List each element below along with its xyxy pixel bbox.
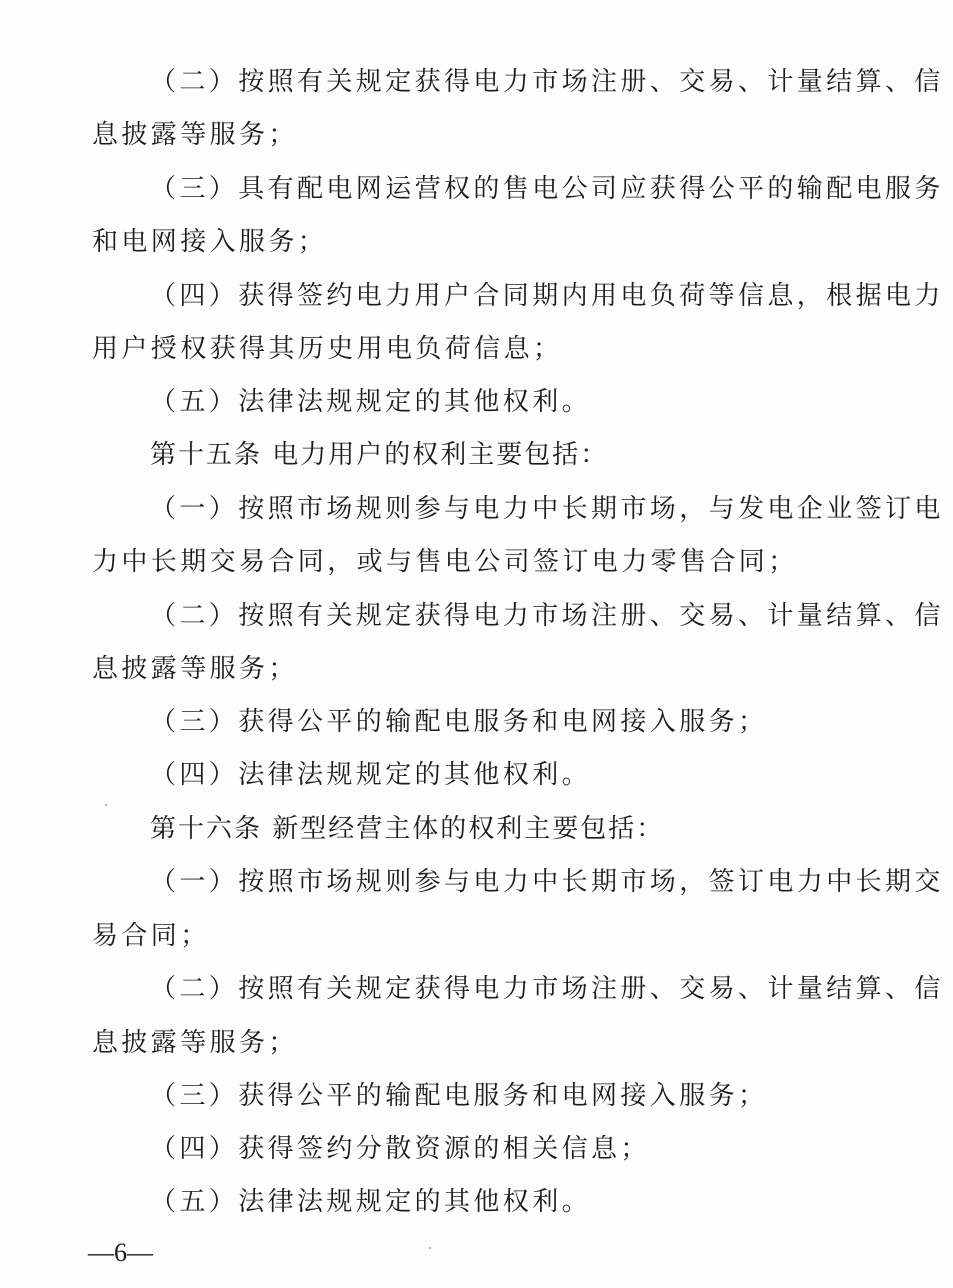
clause-line: （四）获得签约电力用户合同期内用电负荷等信息，根据电力: [150, 280, 944, 312]
clause-line: （五）法律法规规定的其他权利。: [150, 1186, 591, 1218]
clause-line: （二）按照有关规定获得电力市场注册、交易、计量结算、信: [150, 973, 944, 1005]
clause-line: （三）获得公平的输配电服务和电网接入服务；: [150, 1080, 767, 1112]
clause-line: 息披露等服务；: [92, 1027, 298, 1059]
article-heading: 第十六条 新型经营主体的权利主要包括：: [150, 813, 664, 845]
clause-line: （四）法律法规规定的其他权利。: [150, 759, 591, 791]
clause-line: 息披露等服务；: [92, 653, 298, 685]
clause-line: （四）获得签约分散资源的相关信息；: [150, 1133, 650, 1165]
article-heading: 第十五条 电力用户的权利主要包括：: [150, 439, 608, 471]
scan-speck: [429, 1247, 431, 1249]
clause-line: 息披露等服务；: [92, 119, 298, 151]
clause-line: 力中长期交易合同，或与售电公司签订电力零售合同；: [92, 546, 798, 578]
clause-line: （一）按照市场规则参与电力中长期市场，签订电力中长期交: [150, 866, 944, 898]
document-page: （二）按照有关规定获得电力市场注册、交易、计量结算、信 息披露等服务； （三）具…: [0, 0, 953, 1288]
clause-line: 用户授权获得其历史用电负荷信息；: [92, 333, 562, 365]
clause-line: （三）具有配电网运营权的售电公司应获得公平的输配电服务: [150, 173, 944, 205]
page-number: —6—: [88, 1238, 153, 1268]
clause-line: （二）按照有关规定获得电力市场注册、交易、计量结算、信: [150, 600, 944, 632]
clause-line: （一）按照市场规则参与电力中长期市场，与发电企业签订电: [150, 493, 944, 525]
clause-line: 易合同；: [92, 920, 210, 952]
clause-line: （三）获得公平的输配电服务和电网接入服务；: [150, 706, 767, 738]
clause-line: 和电网接入服务；: [92, 226, 327, 258]
clause-line: （五）法律法规规定的其他权利。: [150, 386, 591, 418]
scan-speck: [105, 804, 107, 806]
clause-line: （二）按照有关规定获得电力市场注册、交易、计量结算、信: [150, 66, 944, 98]
